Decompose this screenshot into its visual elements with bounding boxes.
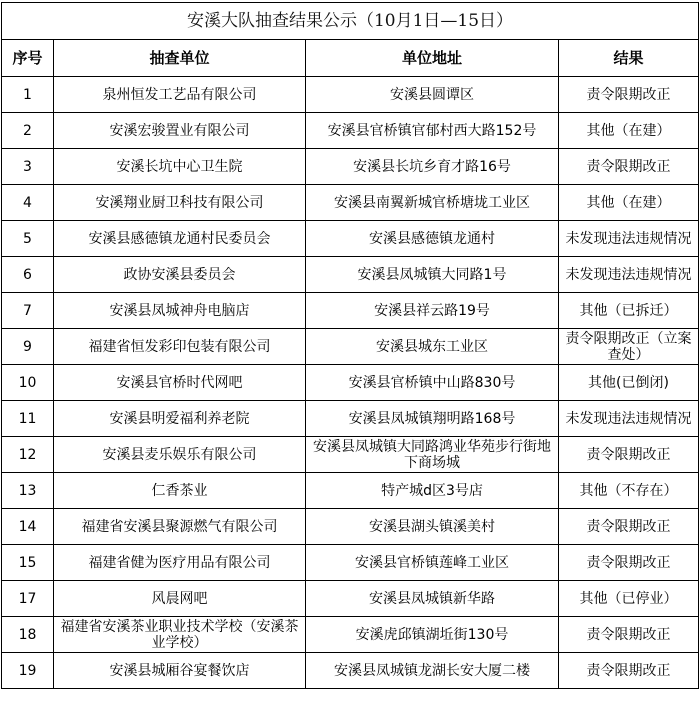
- address-cell: 安溪县凤城镇新华路: [306, 581, 559, 617]
- unit-cell: 福建省恒发彩印包装有限公司: [54, 329, 306, 365]
- address-cell: 安溪县凤城镇大同路鸿业华苑步行街地下商场城: [306, 437, 559, 473]
- result-cell: 其他（已停业）: [559, 581, 699, 617]
- address-cell: 安溪县官桥镇官郁村西大路152号: [306, 113, 559, 149]
- unit-cell: 福建省安溪县聚源燃气有限公司: [54, 509, 306, 545]
- table-row: 5安溪县感德镇龙通村民委员会安溪县感德镇龙通村未发现违法违规情况: [2, 221, 699, 257]
- address-cell: 安溪县湖头镇溪美村: [306, 509, 559, 545]
- title-row: 安溪大队抽查结果公示（10月1日—15日）: [2, 3, 699, 40]
- seq-cell: 5: [2, 221, 54, 257]
- seq-cell: 14: [2, 509, 54, 545]
- result-cell: 未发现违法违规情况: [559, 401, 699, 437]
- address-cell: 安溪县官桥镇中山路830号: [306, 365, 559, 401]
- result-cell: 未发现违法违规情况: [559, 221, 699, 257]
- table-row: 15福建省健为医疗用品有限公司安溪县官桥镇莲峰工业区责令限期改正: [2, 545, 699, 581]
- result-cell: 责令限期改正: [559, 509, 699, 545]
- result-cell: 责令限期改正: [559, 617, 699, 653]
- unit-cell: 安溪县感德镇龙通村民委员会: [54, 221, 306, 257]
- address-cell: 安溪县凤城镇大同路1号: [306, 257, 559, 293]
- seq-cell: 12: [2, 437, 54, 473]
- unit-cell: 福建省安溪茶业职业技术学校（安溪茶业学校）: [54, 617, 306, 653]
- unit-cell: 安溪县官桥时代网吧: [54, 365, 306, 401]
- address-cell: 安溪县凤城镇龙湖长安大厦二楼: [306, 653, 559, 689]
- seq-cell: 9: [2, 329, 54, 365]
- result-cell: 其他(已倒闭): [559, 365, 699, 401]
- address-cell: 安溪县长坑乡育才路16号: [306, 149, 559, 185]
- seq-cell: 15: [2, 545, 54, 581]
- result-cell: 其他（在建）: [559, 113, 699, 149]
- table-row: 12安溪县麦乐娱乐有限公司安溪县凤城镇大同路鸿业华苑步行街地下商场城责令限期改正: [2, 437, 699, 473]
- table-row: 18福建省安溪茶业职业技术学校（安溪茶业学校）安溪虎邱镇湖坵街130号责令限期改…: [2, 617, 699, 653]
- result-cell: 责令限期改正: [559, 653, 699, 689]
- seq-cell: 18: [2, 617, 54, 653]
- result-cell: 责令限期改正: [559, 149, 699, 185]
- unit-cell: 安溪县麦乐娱乐有限公司: [54, 437, 306, 473]
- unit-cell: 安溪县凤城神舟电脑店: [54, 293, 306, 329]
- address-cell: 安溪县凤城镇翔明路168号: [306, 401, 559, 437]
- table-row: 3安溪长坑中心卫生院安溪县长坑乡育才路16号责令限期改正: [2, 149, 699, 185]
- seq-cell: 1: [2, 77, 54, 113]
- seq-cell: 6: [2, 257, 54, 293]
- address-cell: 特产城d区3号店: [306, 473, 559, 509]
- unit-cell: 风晨网吧: [54, 581, 306, 617]
- address-cell: 安溪县祥云路19号: [306, 293, 559, 329]
- seq-cell: 7: [2, 293, 54, 329]
- header-seq: 序号: [2, 40, 54, 77]
- seq-cell: 10: [2, 365, 54, 401]
- header-result: 结果: [559, 40, 699, 77]
- table-row: 1泉州恒发工艺品有限公司安溪县圆谭区责令限期改正: [2, 77, 699, 113]
- table-row: 6政协安溪县委员会安溪县凤城镇大同路1号未发现违法违规情况: [2, 257, 699, 293]
- table-row: 9福建省恒发彩印包装有限公司安溪县城东工业区责令限期改正（立案查处）: [2, 329, 699, 365]
- table-row: 2安溪宏骏置业有限公司安溪县官桥镇官郁村西大路152号其他（在建）: [2, 113, 699, 149]
- inspection-results-table: 安溪大队抽查结果公示（10月1日—15日） 序号 抽查单位 单位地址 结果 1泉…: [1, 2, 699, 689]
- unit-cell: 安溪县城厢谷宴餐饮店: [54, 653, 306, 689]
- unit-cell: 安溪长坑中心卫生院: [54, 149, 306, 185]
- address-cell: 安溪虎邱镇湖坵街130号: [306, 617, 559, 653]
- header-unit: 抽查单位: [54, 40, 306, 77]
- result-cell: 其他（在建）: [559, 185, 699, 221]
- unit-cell: 政协安溪县委员会: [54, 257, 306, 293]
- unit-cell: 安溪宏骏置业有限公司: [54, 113, 306, 149]
- seq-cell: 17: [2, 581, 54, 617]
- result-cell: 其他（不存在）: [559, 473, 699, 509]
- seq-cell: 4: [2, 185, 54, 221]
- unit-cell: 安溪县明爱福利养老院: [54, 401, 306, 437]
- table-title: 安溪大队抽查结果公示（10月1日—15日）: [2, 3, 699, 40]
- address-cell: 安溪县南翼新城官桥塘垅工业区: [306, 185, 559, 221]
- result-cell: 其他（已拆迁）: [559, 293, 699, 329]
- seq-cell: 13: [2, 473, 54, 509]
- seq-cell: 11: [2, 401, 54, 437]
- unit-cell: 安溪翔业厨卫科技有限公司: [54, 185, 306, 221]
- result-cell: 责令限期改正（立案查处）: [559, 329, 699, 365]
- table-row: 13仁香茶业特产城d区3号店其他（不存在）: [2, 473, 699, 509]
- unit-cell: 福建省健为医疗用品有限公司: [54, 545, 306, 581]
- result-cell: 责令限期改正: [559, 77, 699, 113]
- address-cell: 安溪县感德镇龙通村: [306, 221, 559, 257]
- header-address: 单位地址: [306, 40, 559, 77]
- seq-cell: 3: [2, 149, 54, 185]
- seq-cell: 19: [2, 653, 54, 689]
- table-row: 11安溪县明爱福利养老院安溪县凤城镇翔明路168号未发现违法违规情况: [2, 401, 699, 437]
- header-row: 序号 抽查单位 单位地址 结果: [2, 40, 699, 77]
- result-cell: 未发现违法违规情况: [559, 257, 699, 293]
- address-cell: 安溪县城东工业区: [306, 329, 559, 365]
- seq-cell: 2: [2, 113, 54, 149]
- table-row: 7安溪县凤城神舟电脑店安溪县祥云路19号其他（已拆迁）: [2, 293, 699, 329]
- table-row: 17风晨网吧安溪县凤城镇新华路其他（已停业）: [2, 581, 699, 617]
- table-row: 10安溪县官桥时代网吧安溪县官桥镇中山路830号其他(已倒闭): [2, 365, 699, 401]
- address-cell: 安溪县圆谭区: [306, 77, 559, 113]
- result-cell: 责令限期改正: [559, 545, 699, 581]
- table-row: 4安溪翔业厨卫科技有限公司安溪县南翼新城官桥塘垅工业区其他（在建）: [2, 185, 699, 221]
- result-cell: 责令限期改正: [559, 437, 699, 473]
- table-row: 14福建省安溪县聚源燃气有限公司安溪县湖头镇溪美村责令限期改正: [2, 509, 699, 545]
- address-cell: 安溪县官桥镇莲峰工业区: [306, 545, 559, 581]
- unit-cell: 仁香茶业: [54, 473, 306, 509]
- table-row: 19安溪县城厢谷宴餐饮店安溪县凤城镇龙湖长安大厦二楼责令限期改正: [2, 653, 699, 689]
- unit-cell: 泉州恒发工艺品有限公司: [54, 77, 306, 113]
